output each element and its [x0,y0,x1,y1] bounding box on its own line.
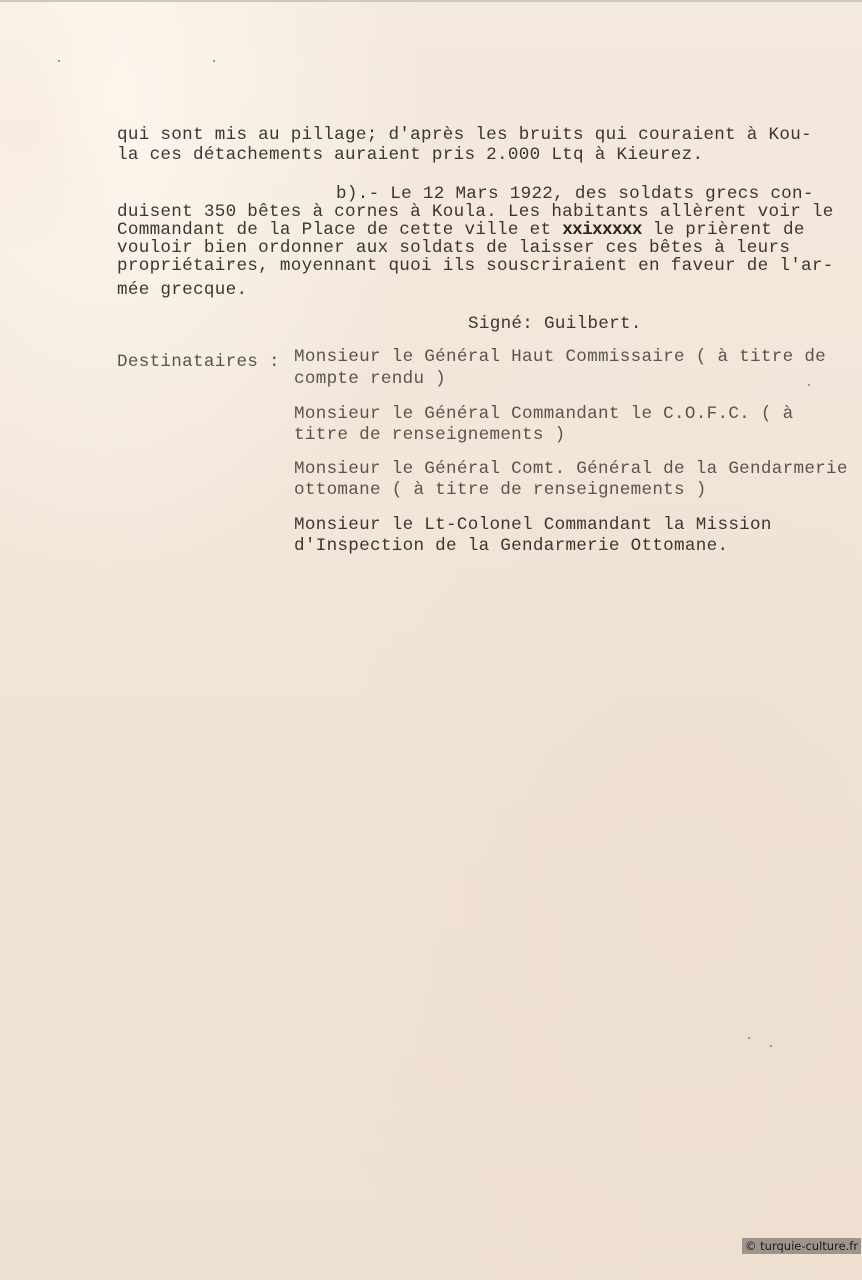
text-line: propriétaires, moyennant quoi ils souscr… [117,257,834,275]
recipient-line: ottomane ( à titre de renseignements ) [294,481,707,499]
recipient-line: Monsieur le Général Comt. Général de la … [294,460,848,478]
paper-speck [770,1045,772,1047]
recipient-line: compte rendu ) [294,370,446,388]
paper-speck [213,60,215,62]
struck-out-text: xxixxxxx [562,220,642,240]
signature: Signé: Guilbert. [468,315,642,333]
text-line: mée grecque. [117,281,247,299]
recipient-line: Monsieur le Lt-Colonel Commandant la Mis… [294,516,772,534]
text-line-with-strikeover: Commandant de la Place de cette ville et… [117,221,805,239]
text-line: b).- Le 12 Mars 1922, des soldats grecs … [336,185,814,203]
text-line: duisent 350 bêtes à cornes à Koula. Les … [117,203,834,221]
recipient-line: titre de renseignements ) [294,426,565,444]
paper-speck [748,1037,750,1039]
paper-speck [58,60,60,62]
text-line: qui sont mis au pillage; d'après les bru… [117,126,812,144]
typewritten-page: qui sont mis au pillage; d'après les bru… [0,0,862,1280]
recipients-label: Destinataires : [117,353,280,371]
text-segment: Commandant de la Place de cette ville et [117,220,562,240]
recipient-line: d'Inspection de la Gendarmerie Ottomane. [294,537,728,555]
copyright-watermark: © turquie-culture.fr [742,1238,861,1254]
text-line: la ces détachements auraient pris 2.000 … [117,146,703,164]
recipient-line: Monsieur le Général Haut Commissaire ( à… [294,348,826,366]
paper-speck [808,384,810,386]
recipient-line: Monsieur le Général Commandant le C.O.F.… [294,405,793,423]
text-segment: le prièrent de [642,220,805,240]
page-top-edge [0,0,862,2]
text-line: vouloir bien ordonner aux soldats de lai… [117,239,790,257]
